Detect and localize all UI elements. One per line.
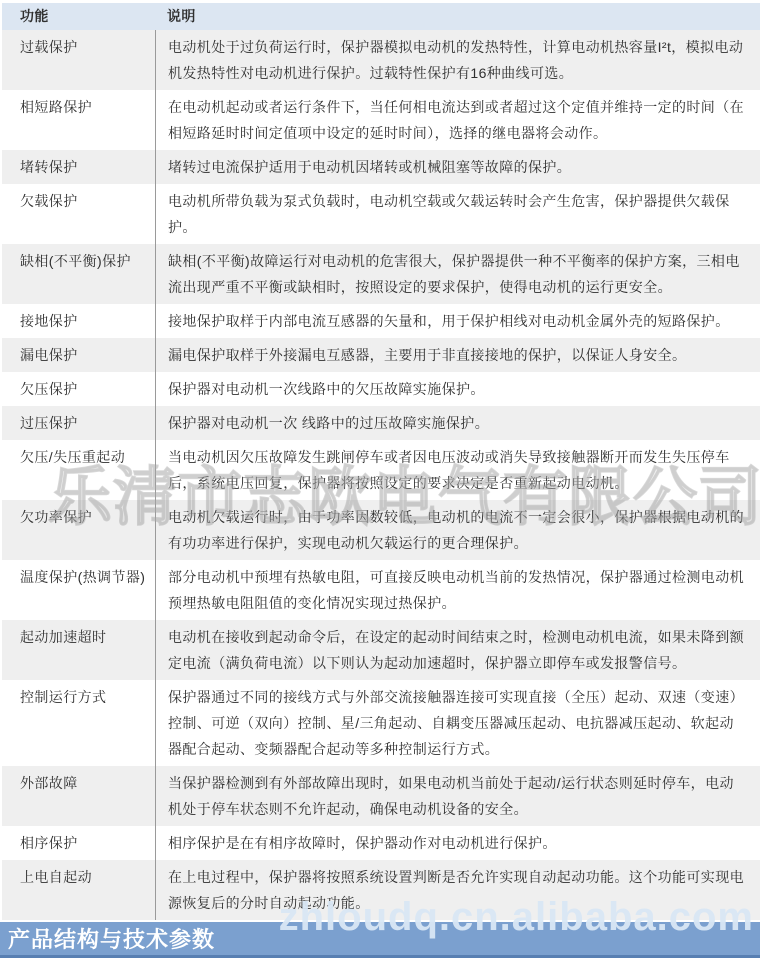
- table-row: 过载保护 电动机处于过负荷运行时，保护器模拟电动机的发热特性，计算电动机热容量I…: [2, 30, 760, 90]
- function-name: 外部故障: [2, 766, 155, 826]
- section-title-bar: 产品结构与技术参数: [0, 922, 760, 958]
- header-description: 说明: [155, 3, 760, 30]
- function-name: 过压保护: [2, 406, 155, 440]
- function-description: 电动机在接收到起动命令后，在设定的起动时间结束之时，检测电动机电流，如果未降到额…: [155, 620, 760, 680]
- function-description: 保护器通过不同的接线方式与外部交流接触器连接可实现直接（全压）起动、双速（变速）…: [155, 680, 760, 766]
- table-row: 过压保护 保护器对电动机一次 线路中的过压故障实施保护。: [2, 406, 760, 440]
- function-name: 控制运行方式: [2, 680, 155, 766]
- table-row: 欠压/失压重起动 当电动机因欠压故障发生跳闸停车或者因电压波动或消失导致接触器断…: [2, 440, 760, 500]
- table-row: 相序保护 相序保护是在有相序故障时，保护器动作对电动机进行保护。: [2, 826, 760, 860]
- function-name: 起动加速超时: [2, 620, 155, 680]
- function-description: 接地保护取样于内部电流互感器的矢量和，用于保护相线对电动机金属外壳的短路保护。: [155, 304, 760, 338]
- function-description: 电动机所带负载为泵式负载时，电动机空载或欠载运转时会产生危害，保护器提供欠载保护…: [155, 184, 760, 244]
- table-row: 欠压保护 保护器对电动机一次线路中的欠压故障实施保护。: [2, 372, 760, 406]
- function-name: 上电自起动: [2, 860, 155, 920]
- function-description: 当电动机因欠压故障发生跳闸停车或者因电压波动或消失导致接触器断开而发生失压停车后…: [155, 440, 760, 500]
- function-description: 电动机欠载运行时，由于功率因数较低，电动机的电流不一定会很小，保护器根据电动机的…: [155, 500, 760, 560]
- function-description: 漏电保护取样于外接漏电互感器，主要用于非直接接地的保护，以保证人身安全。: [155, 338, 760, 372]
- function-description: 堵转过电流保护适用于电动机因堵转或机械阻塞等故障的保护。: [155, 150, 760, 184]
- function-name: 接地保护: [2, 304, 155, 338]
- table-row: 漏电保护 漏电保护取样于外接漏电互感器，主要用于非直接接地的保护，以保证人身安全…: [2, 338, 760, 372]
- function-name: 相序保护: [2, 826, 155, 860]
- function-name: 欠压保护: [2, 372, 155, 406]
- function-name: 堵转保护: [2, 150, 155, 184]
- function-description: 部分电动机中预埋有热敏电阻，可直接反映电动机当前的发热情况，保护器通过检测电动机…: [155, 560, 760, 620]
- table-row: 外部故障 当保护器检测到有外部故障出现时，如果电动机当前处于起动/运行状态则延时…: [2, 766, 760, 826]
- function-name: 欠压/失压重起动: [2, 440, 155, 500]
- function-description: 保护器对电动机一次 线路中的过压故障实施保护。: [155, 406, 760, 440]
- function-name: 漏电保护: [2, 338, 155, 372]
- table-row: 欠功率保护 电动机欠载运行时，由于功率因数较低，电动机的电流不一定会很小，保护器…: [2, 500, 760, 560]
- function-name: 过载保护: [2, 30, 155, 90]
- table-row: 缺相(不平衡)保护 缺相(不平衡)故障运行对电动机的危害很大，保护器提供一种不平…: [2, 244, 760, 304]
- function-name: 欠功率保护: [2, 500, 155, 560]
- function-description: 相序保护是在有相序故障时，保护器动作对电动机进行保护。: [155, 826, 760, 860]
- function-name: 缺相(不平衡)保护: [2, 244, 155, 304]
- table-row: 堵转保护 堵转过电流保护适用于电动机因堵转或机械阻塞等故障的保护。: [2, 150, 760, 184]
- table-row: 欠载保护 电动机所带负载为泵式负载时，电动机空载或欠载运转时会产生危害，保护器提…: [2, 184, 760, 244]
- section-title: 产品结构与技术参数: [8, 927, 215, 952]
- function-table-body: 过载保护 电动机处于过负荷运行时，保护器模拟电动机的发热特性，计算电动机热容量I…: [2, 30, 760, 920]
- table-row: 起动加速超时 电动机在接收到起动命令后，在设定的起动时间结束之时，检测电动机电流…: [2, 620, 760, 680]
- table-row: 上电自起动 在上电过程中，保护器将按照系统设置判断是否允许实现自动起动功能。这个…: [2, 860, 760, 920]
- header-function: 功能: [2, 3, 155, 30]
- function-name: 相短路保护: [2, 90, 155, 150]
- function-description: 当保护器检测到有外部故障出现时，如果电动机当前处于起动/运行状态则延时停车，电动…: [155, 766, 760, 826]
- function-description: 保护器对电动机一次线路中的欠压故障实施保护。: [155, 372, 760, 406]
- function-table: 功能 说明 过载保护 电动机处于过负荷运行时，保护器模拟电动机的发热特性，计算电…: [2, 3, 760, 920]
- function-name: 欠载保护: [2, 184, 155, 244]
- function-description: 在上电过程中，保护器将按照系统设置判断是否允许实现自动起动功能。这个功能可实现电…: [155, 860, 760, 920]
- function-description: 缺相(不平衡)故障运行对电动机的危害很大，保护器提供一种不平衡率的保护方案，三相…: [155, 244, 760, 304]
- table-row: 接地保护 接地保护取样于内部电流互感器的矢量和，用于保护相线对电动机金属外壳的短…: [2, 304, 760, 338]
- function-description: 在电动机起动或者运行条件下，当任何相电流达到或者超过这个定值并维持一定的时间（在…: [155, 90, 760, 150]
- table-row: 温度保护(热调节器) 部分电动机中预埋有热敏电阻，可直接反映电动机当前的发热情况…: [2, 560, 760, 620]
- table-row: 相短路保护 在电动机起动或者运行条件下，当任何相电流达到或者超过这个定值并维持一…: [2, 90, 760, 150]
- function-description: 电动机处于过负荷运行时，保护器模拟电动机的发热特性，计算电动机热容量I²t，模拟…: [155, 30, 760, 90]
- table-header-row: 功能 说明: [2, 3, 760, 30]
- table-row: 控制运行方式 保护器通过不同的接线方式与外部交流接触器连接可实现直接（全压）起动…: [2, 680, 760, 766]
- function-name: 温度保护(热调节器): [2, 560, 155, 620]
